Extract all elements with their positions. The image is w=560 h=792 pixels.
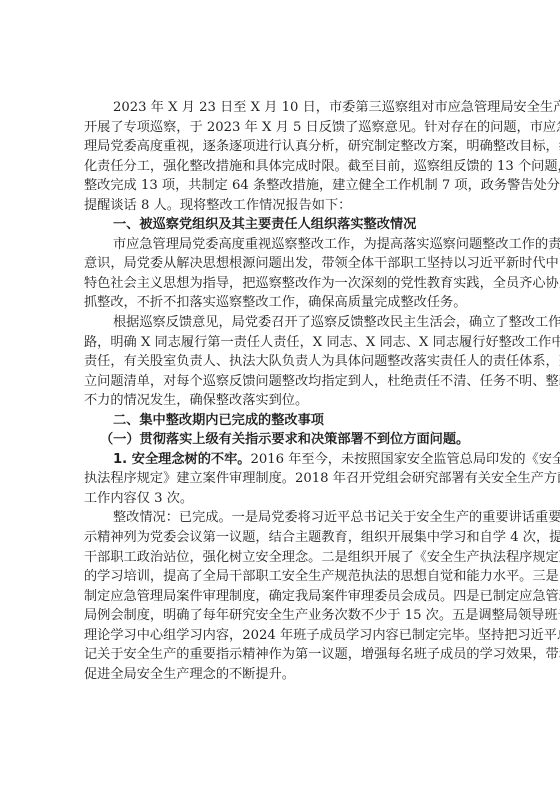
text-line: 立问题清单，对每个巡察反馈问题整改均指定到人，杜绝责任不清、任务不明、整改 (84, 372, 492, 392)
text-line: 整改完成 13 项，共制定 64 条整改措施，建立健全工作机制 7 项，政务警告… (84, 176, 492, 196)
section1-paragraph-1: 市应急管理局党委高度重视巡察整改工作，为提高落实巡察问题整改工作的责任 意识，局… (84, 235, 492, 313)
section1-paragraph-2: 根据巡察反馈意见，局党委召开了巡察反馈整改民主生活会，确立了整改工作思 路，明确… (84, 313, 492, 411)
text-line: 抓整改，不折不扣落实巡察整改工作，确保高质量完成整改任务。 (84, 293, 492, 313)
document-body: 2023 年 X 月 23 日至 X 月 10 日，市委第三巡察组对市应急管理局… (84, 98, 492, 684)
text-line: 不力的情况发生，确保整改落实到位。 (84, 391, 492, 411)
text-line: 整改情况：已完成。一是局党委将习近平总书记关于安全生产的重要讲话重要指 (84, 508, 492, 528)
text-line: 理局党委高度重视，逐条逐项进行认真分析，研究制定整改方案，明确整改目标，细 (84, 137, 492, 157)
section-heading-2: 二、集中整改期内已完成的整改事项 (84, 411, 492, 431)
text-line: 记关于安全生产的重要指示精神作为第一议题，增强每名班子成员的学习效果，带动 (84, 645, 492, 665)
document-page: 2023 年 X 月 23 日至 X 月 10 日，市委第三巡察组对市应急管理局… (0, 0, 560, 792)
text-line: 促进全局安全生产理念的不断提升。 (84, 665, 492, 685)
text-line: 工作内容仅 3 次。 (84, 489, 492, 509)
text-line: 根据巡察反馈意见，局党委召开了巡察反馈整改民主生活会，确立了整改工作思 (84, 313, 492, 333)
text-line: 特色社会主义思想为指导，把巡察整改作为一次深刻的党性教育实践，全员齐心协力 (84, 274, 492, 294)
text-line: 理论学习中心组学习内容，2024 年班子成员学习内容已制定完毕。坚持把习近平总书 (84, 626, 492, 646)
text-line: 制定应急管理局案件审理制度，确定我局案件审理委员会成员。四是已制定应急管理 (84, 587, 492, 607)
item-1-paragraph: 1. 安全理念树的不牢。2016 年至今，未按照国家安全监管总局印发的《安全生产… (84, 450, 492, 509)
text-line: 的学习培训，提高了全局干部职工安全生产规范执法的思想自觉和能力水平。三是已 (84, 567, 492, 587)
text-line: 1. 安全理念树的不牢。2016 年至今，未按照国家安全监管总局印发的《安全生产 (84, 450, 492, 470)
text-line: 示精神列为党委会议第一议题，结合主题教育，组织开展集中学习和自学 4 次，提高 (84, 528, 492, 548)
item-1-text: 2016 年至今，未按照国家安全监管总局印发的《安全生产 (250, 452, 560, 467)
text-line: 路，明确 X 同志履行第一责任人责任，X 同志、X 同志、X 同志履行好整改工作… (84, 333, 492, 353)
text-line: 执法程序规定》建立案件审理制度。2018 年召开党组会研究部署有关安全生产方面的 (84, 469, 492, 489)
rectification-paragraph: 整改情况：已完成。一是局党委将习近平总书记关于安全生产的重要讲话重要指 示精神列… (84, 508, 492, 684)
text-line: 意识，局党委从解决思想根源问题出发，带领全体干部职工坚持以习近平新时代中国 (84, 254, 492, 274)
text-line: 干部职工政治站位，强化树立安全理念。二是组织开展了《安全生产执法程序规定》 (84, 548, 492, 568)
text-line: 2023 年 X 月 23 日至 X 月 10 日，市委第三巡察组对市应急管理局… (84, 98, 492, 118)
text-line: 局例会制度，明确了每年研究安全生产业务次数不少于 15 次。五是调整局领导班子 (84, 606, 492, 626)
intro-paragraph: 2023 年 X 月 23 日至 X 月 10 日，市委第三巡察组对市应急管理局… (84, 98, 492, 215)
subsection-heading: （一）贯彻落实上级有关指示要求和决策部署不到位方面问题。 (84, 430, 492, 450)
section-heading-1: 一、被巡察党组织及其主要责任人组织落实整改情况 (84, 215, 492, 235)
text-line: 化责任分工，强化整改措施和具体完成时限。截至目前，巡察组反馈的 13 个问题，已 (84, 157, 492, 177)
text-line: 提醒谈话 8 人。现将整改工作情况报告如下： (84, 196, 492, 216)
text-line: 开展了专项巡察，于 2023 年 X 月 5 日反馈了巡察意见。针对存在的问题，… (84, 118, 492, 138)
item-1-lead: 1. 安全理念树的不牢。 (113, 452, 250, 467)
text-line: 市应急管理局党委高度重视巡察整改工作，为提高落实巡察问题整改工作的责任 (84, 235, 492, 255)
text-line: 责任，有关股室负责人、执法大队负责人为具体问题整改落实责任人的责任体系，建 (84, 352, 492, 372)
